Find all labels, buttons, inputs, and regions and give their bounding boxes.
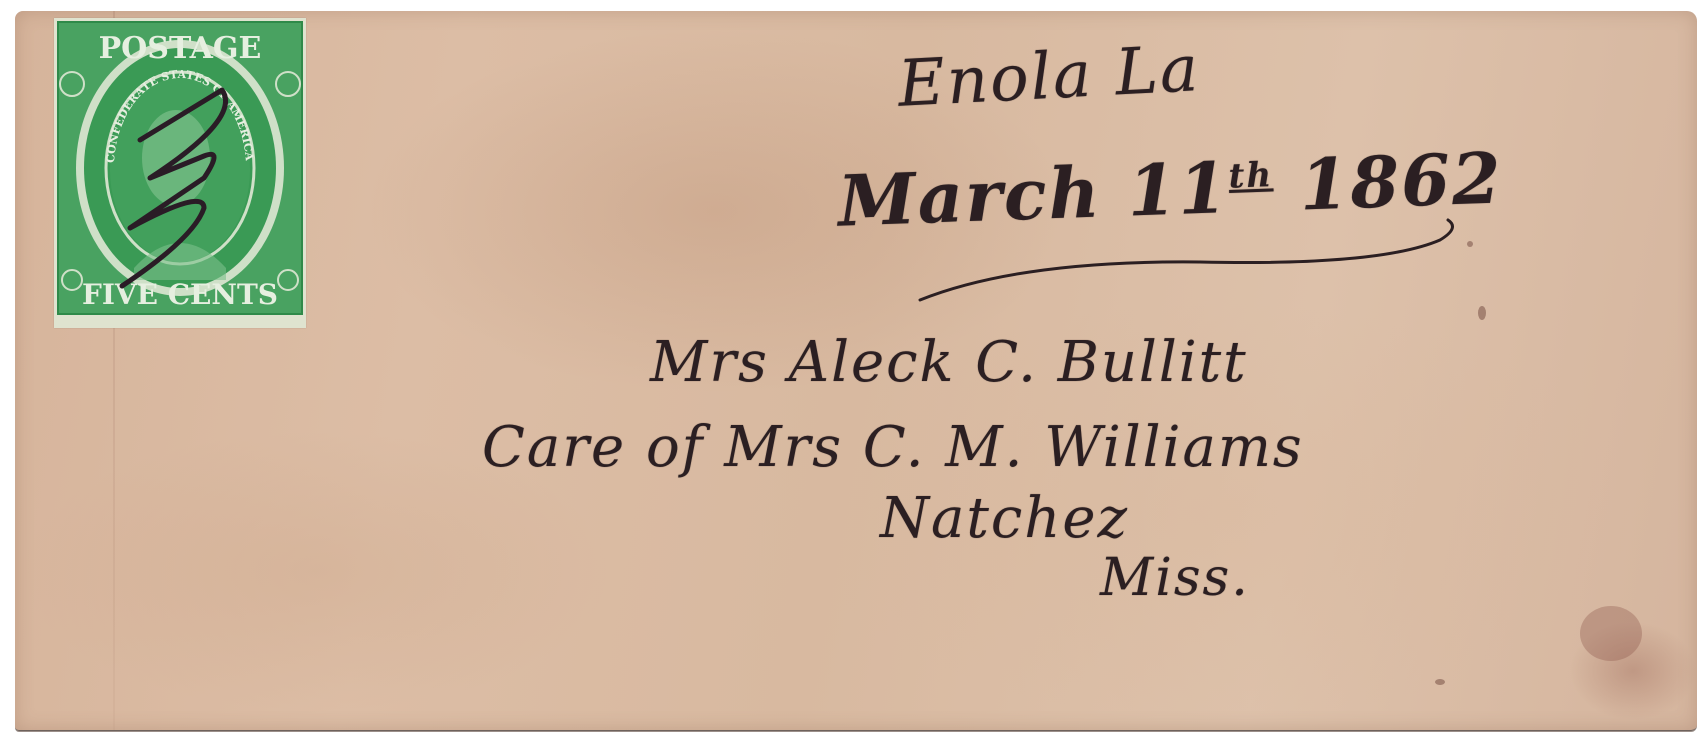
stamp-engraving-icon: CONFEDERATE STATES OF AMERICA POSTAGE FI… — [54, 18, 306, 328]
ink-stain — [1580, 606, 1642, 661]
origin-town: Enola La — [896, 32, 1202, 122]
addressee-name: Mrs Aleck C. Bullitt — [650, 330, 1248, 395]
svg-text:FIVE CENTS: FIVE CENTS — [82, 278, 278, 311]
care-of-line: Care of Mrs C. M. Williams — [482, 415, 1304, 480]
ink-spot — [1435, 679, 1445, 685]
address-state: Miss. — [1100, 548, 1250, 608]
svg-text:POSTAGE: POSTAGE — [99, 31, 262, 66]
date-suffix: th — [1228, 155, 1274, 197]
underline-flourish-icon — [900, 200, 1460, 310]
address-city: Natchez — [880, 486, 1129, 551]
ink-spot — [1467, 241, 1473, 247]
postage-stamp: CONFEDERATE STATES OF AMERICA POSTAGE FI… — [54, 18, 306, 328]
ink-spot — [1478, 306, 1486, 320]
